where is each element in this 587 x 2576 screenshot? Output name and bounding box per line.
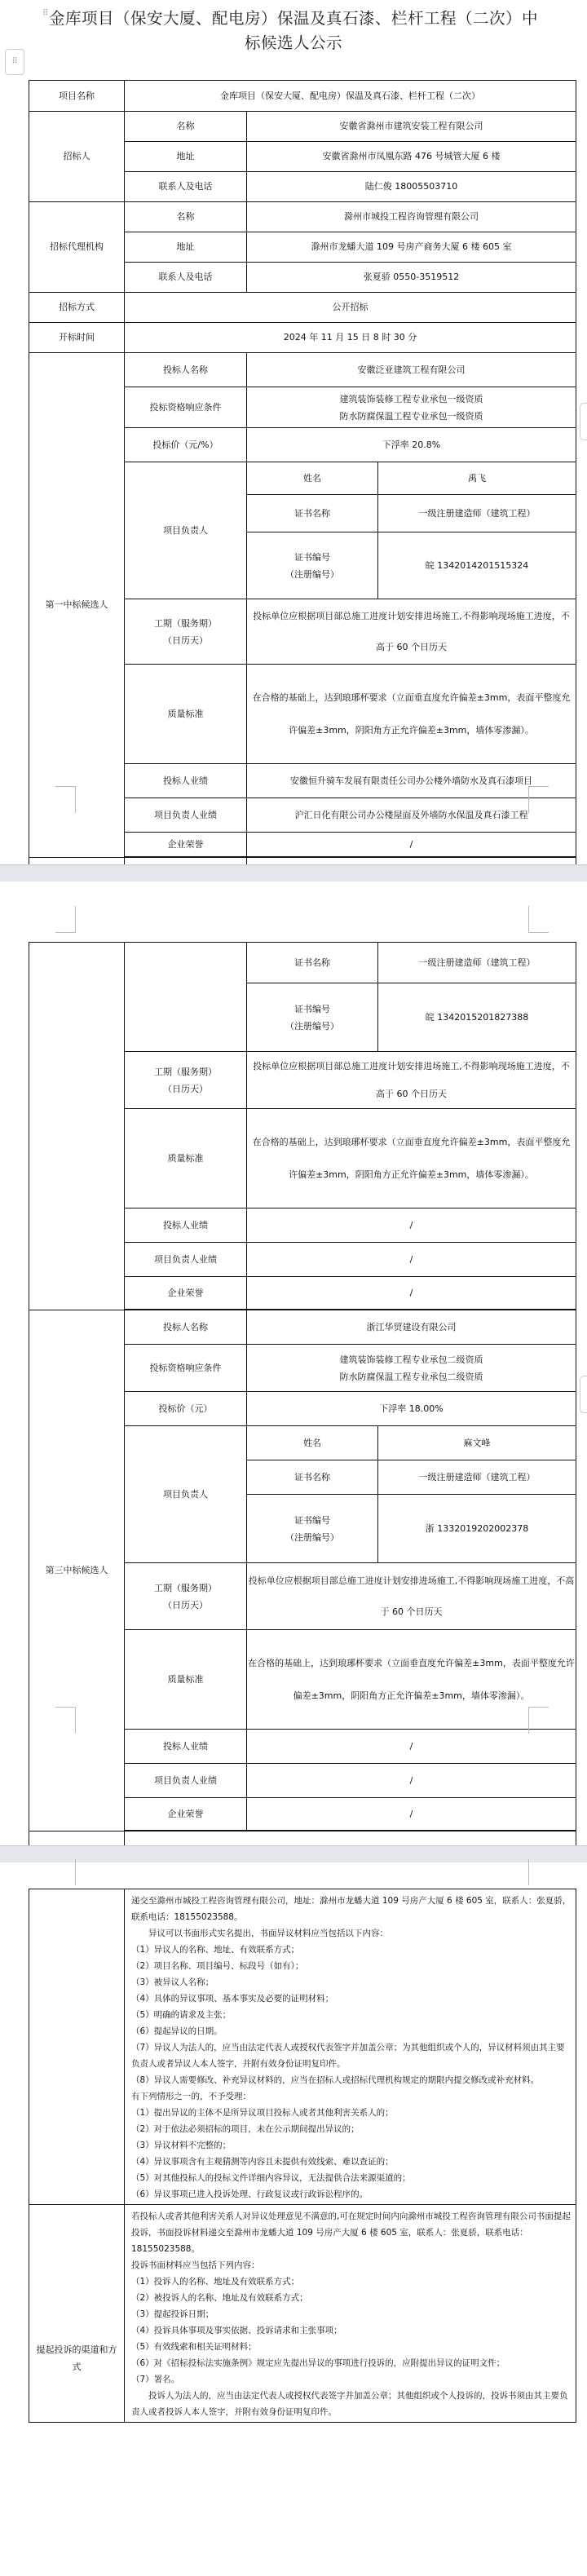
label-line: （日历天）	[128, 632, 243, 649]
label-line: 证书编号	[250, 549, 374, 566]
table-row: 第三中标候选人 投标人名称 浙江华贸建设有限公司	[29, 1310, 576, 1345]
field-label: 项目负责人	[125, 1426, 247, 1563]
tenderer-name: 安徽省滁州市建筑安装工程有限公司	[247, 112, 576, 142]
candidate-label: 第一中标候选人	[29, 353, 125, 858]
row-label: 开标时间	[29, 323, 125, 353]
block-drag-handle[interactable]: ⠿	[5, 49, 24, 75]
field-label: 证书编号 （注册编号）	[247, 532, 378, 599]
enterprise-honor: /	[247, 1798, 576, 1831]
construction-period: 投标单位应根据项目部总施工进度计划安排进场施工,不得影响现场施工进度，不高于 6…	[247, 1563, 576, 1630]
table-row: 招标人 名称 安徽省滁州市建筑安装工程有限公司	[29, 112, 576, 142]
document-page-2: 证书名称 一级注册建造师（建筑工程） 证书编号 （注册编号） 皖 1342015…	[0, 881, 587, 1800]
list-item: （6）异议事项已进入投诉处理、行政复议或行政诉讼程序的。	[131, 2186, 572, 2203]
label-line: 证书编号	[250, 1512, 374, 1529]
field-label: 证书名称	[247, 943, 378, 983]
field-label: 投标资格响应条件	[125, 387, 247, 428]
table-row: 招标方式 公开招标	[29, 293, 576, 323]
page-break	[0, 1845, 587, 1863]
qualification: 建筑装饰装修工程专业承包二级资质 防水防腐保温工程专业承包二级资质	[247, 1345, 576, 1392]
agency-name: 滁州市城投工程咨询管理有限公司	[247, 202, 576, 232]
list-item: （6）对《招标投标法实施条例》规定应先提出异议的事项进行投诉的，应附提出异议的证…	[131, 2355, 572, 2371]
side-panel-tab[interactable]	[580, 1376, 587, 1413]
text-line: 若投标人或者其他利害关系人对异议处理意见不满意的,可在规定时间内向滁州市城投工程…	[131, 2208, 572, 2257]
field-label: 项目负责人	[125, 462, 247, 599]
list-item: （2）对于依法必须招标的项目，未在公示期间提出异议的；	[131, 2121, 572, 2137]
quality-standard: 在合格的基础上，达到琅琊杯要求（立面垂直度允许偏差±3mm，表面平整度允许偏差±…	[247, 1109, 576, 1208]
tenderer-address: 安徽省滁州市凤凰东路 476 号城管大厦 6 楼	[247, 142, 576, 172]
label-line: （注册编号）	[250, 1018, 374, 1035]
table-row: 递交至滁州市城投工程咨询管理有限公司，地址：滁州市龙蟠大道 109 号房产大厦 …	[29, 1889, 576, 2205]
field-label: 工期（服务期） （日历天）	[125, 599, 247, 665]
field-label: 投标人名称	[125, 353, 247, 387]
list-item: （1）投诉人的名称、地址及有效联系方式；	[131, 2273, 572, 2290]
cert-number: 皖 1342015201827388	[378, 983, 576, 1052]
field-label: 证书编号 （注册编号）	[247, 983, 378, 1052]
field-label: 地址	[125, 232, 247, 263]
bidder-name: 浙江华贸建设有限公司	[247, 1310, 576, 1345]
quality-standard: 在合格的基础上，达到琅琊杯要求（立面垂直度允许偏差±3mm，表面平整度允许偏差±…	[247, 1630, 576, 1730]
field-label: 企业荣誉	[125, 833, 247, 857]
cert-name: 一级注册建造师（建筑工程）	[378, 943, 576, 983]
list-item: （7）署名。	[131, 2371, 572, 2388]
manager-performance: /	[247, 1243, 576, 1277]
text-line: 递交至滁州市城投工程咨询管理有限公司，地址：滁州市龙蟠大道 109 号房产大厦 …	[131, 1893, 572, 1925]
label-line: 工期（服务期）	[128, 615, 243, 632]
label-line: （日历天）	[128, 1597, 243, 1614]
objection-label-continued	[29, 1889, 125, 2205]
page-break	[0, 864, 587, 882]
label-line: （日历天）	[128, 1080, 243, 1098]
text-line: 有下列情形之一的，不予受理：	[131, 2088, 572, 2105]
field-label: 质量标准	[125, 665, 247, 764]
label-line: 工期（服务期）	[128, 1063, 243, 1080]
manager-performance: 沪汇日化有限公司办公楼屋面及外墙防水保温及真石漆工程	[247, 798, 576, 833]
field-label: 名称	[125, 112, 247, 142]
field-label: 联系人及电话	[125, 263, 247, 293]
bidder-name: 安徽泛亚建筑工程有限公司	[247, 353, 576, 387]
field-label: 项目负责人业绩	[125, 798, 247, 833]
field-label: 投标人业绩	[125, 1208, 247, 1243]
label-line: （注册编号）	[250, 566, 374, 583]
field-label: 质量标准	[125, 1630, 247, 1730]
document-page-1: ⠿ ⠿ 金库项目（保安大厦、配电房）保温及真石漆、栏杆工程（二次）中标候选人公示…	[0, 0, 587, 897]
row-label: 招标代理机构	[29, 202, 125, 293]
list-item: （5）对其他投标人的投标文件详细内容异议，无法提供合法来源渠道的；	[131, 2170, 572, 2186]
cert-name: 一级注册建造师（建筑工程）	[378, 1460, 576, 1495]
drag-handle-icon: ⠿	[11, 57, 17, 66]
enterprise-honor: /	[247, 1277, 576, 1310]
table-row: 提起投诉的渠道和方式 若投标人或者其他利害关系人对异议处理意见不满意的,可在规定…	[29, 2205, 576, 2423]
field-label: 投标价（元/%）	[125, 428, 247, 462]
label-line: （注册编号）	[250, 1529, 374, 1546]
qualification: 建筑装饰装修工程专业承包一级资质 防水防腐保温工程专业承包一级资质	[247, 387, 576, 428]
cert-number: 皖 1342014201515324	[378, 532, 576, 599]
list-item: （4）具体的异议事项、基本事实及必要的证明材料；	[131, 1991, 572, 2007]
field-label: 企业荣誉	[125, 1277, 247, 1310]
text-line: 异议可以书面形式实名提出，书面异议材料应当包括以下内容：	[131, 1925, 572, 1942]
project-name: 金库项目（保安大厦、配电房）保温及真石漆、栏杆工程（二次）	[125, 81, 576, 112]
candidate-label: 第三中标候选人	[29, 1310, 125, 1831]
qualification-line: 建筑装饰装修工程专业承包二级资质	[250, 1351, 572, 1368]
tenderer-contact: 陆仁俊 18005503710	[247, 172, 576, 202]
cert-name: 一级注册建造师（建筑工程）	[378, 495, 576, 532]
field-label: 工期（服务期） （日历天）	[125, 1563, 247, 1630]
row-label: 招标方式	[29, 293, 125, 323]
row-label: 项目名称	[29, 81, 125, 112]
agency-address: 滁州市龙蟠大道 109 号房产商务大厦 6 楼 605 室	[247, 232, 576, 263]
list-item: （3）异议材料不完整的；	[131, 2137, 572, 2154]
bidder-performance: /	[247, 1208, 576, 1243]
field-label: 证书编号 （注册编号）	[247, 1495, 378, 1563]
list-item: （6）提起异议的日期。	[131, 2023, 572, 2039]
table-row: 第一中标候选人 投标人名称 安徽泛亚建筑工程有限公司	[29, 353, 576, 387]
field-label: 工期（服务期） （日历天）	[125, 1052, 247, 1109]
label-line: 工期（服务期）	[128, 1580, 243, 1597]
list-item: （4）投诉具体事项及事实依据、投诉请求和主张事项；	[131, 2322, 572, 2339]
objection-text-part2: 递交至滁州市城投工程咨询管理有限公司，地址：滁州市龙蟠大道 109 号房产大厦 …	[125, 1889, 576, 2205]
page-corner-mark	[55, 906, 76, 933]
list-item: （7）异议人为法人的，应当由法定代表人或授权代表签字并加盖公章；为其他组织或个人…	[131, 2039, 572, 2072]
field-label: 联系人及电话	[125, 172, 247, 202]
quality-standard: 在合格的基础上，达到琅琊杯要求（立面垂直度允许偏差±3mm，表面平整度允许偏差±…	[247, 665, 576, 764]
list-item: （8）异议人需要修改、补充异议材料的，应当在招标人或招标代理机构规定的期限内提交…	[131, 2072, 572, 2088]
qualification-line: 防水防腐保温工程专业承包一级资质	[250, 408, 572, 425]
announcement-table-part-3: 递交至滁州市城投工程咨询管理有限公司，地址：滁州市龙蟠大道 109 号房产大厦 …	[29, 1889, 576, 2423]
field-label: 证书名称	[247, 495, 378, 532]
list-item: （2）项目名称、项目编号、标段号（如有）；	[131, 1958, 572, 1974]
tender-method: 公开招标	[125, 293, 576, 323]
list-item: （1）提出异议的主体不是所异议项目投标人或者其他利害关系人的；	[131, 2105, 572, 2121]
text-line: 投诉书面材料应当包括下列内容：	[131, 2257, 572, 2273]
announcement-table-part-2: 证书名称 一级注册建造师（建筑工程） 证书编号 （注册编号） 皖 1342015…	[29, 942, 576, 1998]
side-panel-tab[interactable]	[580, 403, 587, 440]
field-label: 质量标准	[125, 1109, 247, 1208]
field-label: 姓名	[247, 1426, 378, 1460]
page-corner-mark	[55, 1707, 76, 1734]
manager-name: 麻文峰	[378, 1426, 576, 1460]
table-row: 证书名称 一级注册建造师（建筑工程）	[29, 943, 576, 983]
field-label: 企业荣誉	[125, 1798, 247, 1831]
page-corner-mark	[55, 786, 76, 813]
page-corner-mark	[528, 906, 549, 933]
candidate-label-continued	[29, 943, 125, 1310]
manager-name: 禹飞	[378, 462, 576, 495]
field-label: 地址	[125, 142, 247, 172]
field-label: 投标资格响应条件	[125, 1345, 247, 1392]
bid-price: 下浮率 20.8%	[247, 428, 576, 462]
construction-period: 投标单位应根据项目部总施工进度计划安排进场施工,不得影响现场施工进度，不高于 6…	[247, 1052, 576, 1109]
table-row: 项目名称 金库项目（保安大厦、配电房）保温及真石漆、栏杆工程（二次）	[29, 81, 576, 112]
page-corner-mark	[528, 1859, 549, 1885]
page-corner-mark	[528, 1707, 549, 1734]
field-label: 投标人业绩	[125, 764, 247, 798]
field-label: 投标价（元）	[125, 1392, 247, 1426]
table-row: 开标时间 2024 年 11 月 15 日 8 时 30 分	[29, 323, 576, 353]
field-label: 项目负责人业绩	[125, 1243, 247, 1277]
list-item: （3）提起投诉日期；	[131, 2306, 572, 2322]
list-item: （2）被投诉人的名称、地址及有效联系方式；	[131, 2290, 572, 2306]
bidder-performance: 安徽恒升骑车发展有限责任公司办公楼外墙防水及真石漆项目	[247, 764, 576, 798]
bid-price: 下浮率 18.00%	[247, 1392, 576, 1426]
document-page-3: 递交至滁州市城投工程咨询管理有限公司，地址：滁州市龙蟠大道 109 号房产大厦 …	[0, 1862, 587, 2576]
drag-handle-icon[interactable]: ⠿	[42, 10, 48, 18]
list-item: （1）异议人的名称、地址、有效联系方式；	[131, 1942, 572, 1958]
field-label: 证书名称	[247, 1460, 378, 1495]
document-title: 金库项目（保安大厦、配电房）保温及真石漆、栏杆工程（二次）中标候选人公示	[49, 7, 538, 55]
qualification-line: 防水防腐保温工程专业承包二级资质	[250, 1368, 572, 1385]
field-label: 姓名	[247, 462, 378, 495]
row-label: 提起投诉的渠道和方式	[29, 2205, 125, 2423]
qualification-line: 建筑装饰装修工程专业承包一级资质	[250, 391, 572, 408]
list-item: （5）明确的请求及主张；	[131, 2007, 572, 2023]
page-corner-mark	[55, 1859, 76, 1885]
field-label: 名称	[125, 202, 247, 232]
text-line: 投诉人为法人的，应当由法定代表人或授权代表签字并加盖公章；其他组织或个人投诉的，…	[131, 2388, 572, 2420]
field-label: 投标人业绩	[125, 1730, 247, 1764]
field-label: 项目负责人业绩	[125, 1764, 247, 1798]
complaint-text: 若投标人或者其他利害关系人对异议处理意见不满意的,可在规定时间内向滁州市城投工程…	[125, 2205, 576, 2423]
manager-continued	[125, 943, 247, 1052]
row-label: 招标人	[29, 112, 125, 202]
page-corner-mark	[528, 786, 549, 813]
label-line: 证书编号	[250, 1001, 374, 1018]
list-item: （5）有效线索和相关证明材料；	[131, 2339, 572, 2355]
table-row: 招标代理机构 名称 滁州市城投工程咨询管理有限公司	[29, 202, 576, 232]
bidder-performance: /	[247, 1730, 576, 1764]
construction-period: 投标单位应根据项目部总施工进度计划安排进场施工,不得影响现场施工进度，不高于 6…	[247, 599, 576, 665]
list-item: （3）被异议人名称；	[131, 1974, 572, 1991]
opening-time: 2024 年 11 月 15 日 8 时 30 分	[125, 323, 576, 353]
enterprise-honor: /	[247, 833, 576, 857]
manager-performance: /	[247, 1764, 576, 1798]
cert-number: 浙 1332019202002378	[378, 1495, 576, 1563]
agency-contact: 张夏骄 0550-3519512	[247, 263, 576, 293]
field-label: 投标人名称	[125, 1310, 247, 1345]
list-item: （4）异议事项含有主观猜测等内容且未提供有效线索、难以查证的；	[131, 2154, 572, 2170]
